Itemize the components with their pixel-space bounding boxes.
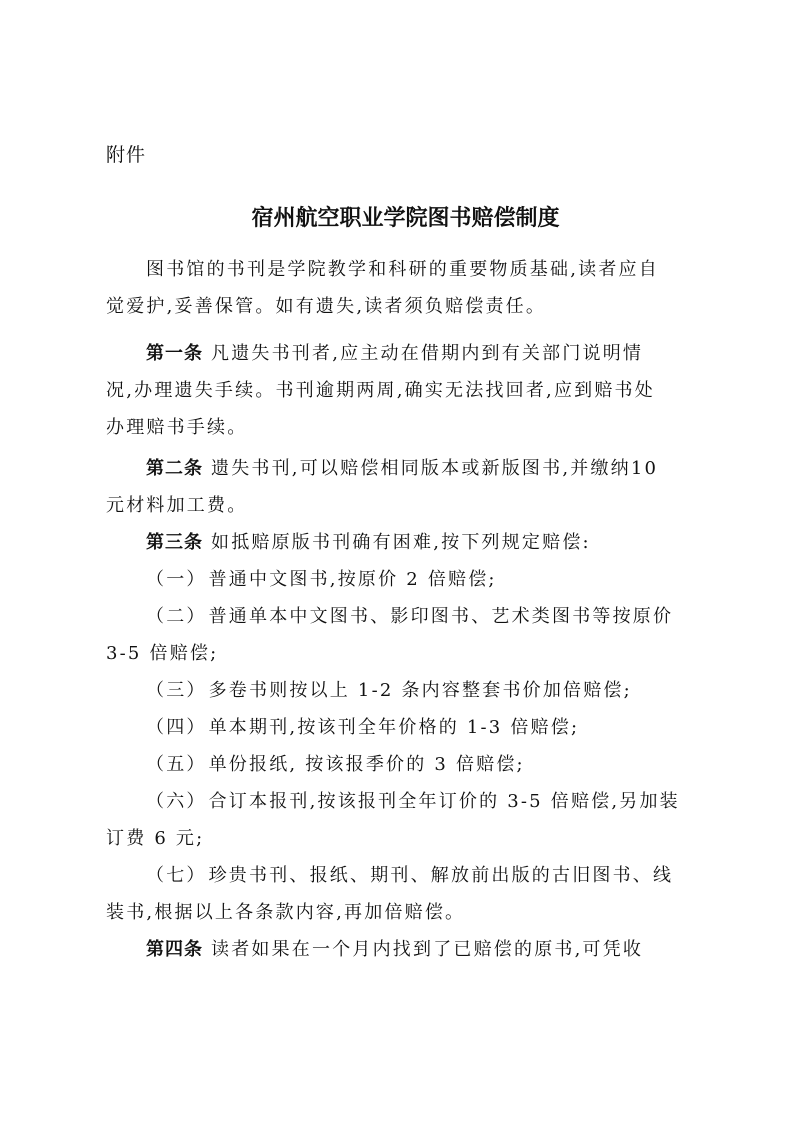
item-1-text: 普通中文图书,按原价 2 倍赔偿; <box>209 569 497 590</box>
intro-line-2: 觉爱护,妥善保管。如有遗失,读者须负赔偿责任。 <box>106 294 696 320</box>
article-3-line-1: 第三条如抵赔原版书刊确有困难,按下列规定赔偿: <box>146 530 696 556</box>
article-1-line-1: 第一条凡遗失书刊者,应主动在借期内到有关部门说明情 <box>146 341 696 367</box>
article-1-text-1: 凡遗失书刊者,应主动在借期内到有关部门说明情 <box>211 343 643 364</box>
item-2-number: （二） <box>146 606 207 627</box>
article-3-item-2: （二）普通单本中文图书、影印图书、艺术类图书等按原价 <box>146 604 696 630</box>
article-4-number: 第四条 <box>146 939 203 960</box>
item-5-number: （五） <box>146 754 207 775</box>
article-2-number: 第二条 <box>146 458 203 479</box>
attachment-label: 附件 <box>106 142 146 168</box>
item-1-number: （一） <box>146 569 207 590</box>
item-5-text: 单份报纸, 按该报季价的 3 倍赔偿; <box>209 754 525 775</box>
article-2-line-1: 第二条遗失书刊,可以赔偿相同版本或新版图书,并缴纳10 <box>146 456 696 482</box>
article-3-item-3: （三）多卷书则按以上 1-2 条内容整套书价加倍赔偿; <box>146 678 696 704</box>
item-2-text-1: 普通单本中文图书、影印图书、艺术类图书等按原价 <box>209 606 674 627</box>
item-2-text-2: 3-5 倍赔偿; <box>106 641 696 667</box>
article-1-line-2: 况,办理遗失手续。书刊逾期两周,确实无法找回者,应到赔书处 <box>106 378 696 404</box>
article-3-item-6: （六）合订本报刊,按该报刊全年订价的 3-5 倍赔偿,另加装 <box>146 789 696 815</box>
article-3-item-4: （四）单本期刊,按该刊全年价格的 1-3 倍赔偿; <box>146 715 696 741</box>
item-4-text: 单本期刊,按该刊全年价格的 1-3 倍赔偿; <box>209 717 580 738</box>
article-3-item-7: （七）珍贵书刊、报纸、期刊、解放前出版的古旧图书、线 <box>146 863 696 889</box>
article-4-text-1: 读者如果在一个月内找到了已赔偿的原书,可凭收 <box>211 939 643 960</box>
article-1-line-3: 办理赔书手续。 <box>106 415 696 441</box>
item-6-text-2: 订费 6 元; <box>106 826 696 852</box>
item-7-text-2: 装书,根据以上各条款内容,再加倍赔偿。 <box>106 900 696 926</box>
article-3-item-5: （五）单份报纸, 按该报季价的 3 倍赔偿; <box>146 752 696 778</box>
intro-line-1: 图书馆的书刊是学院教学和科研的重要物质基础,读者应自 <box>146 257 696 283</box>
article-3-text-1: 如抵赔原版书刊确有困难,按下列规定赔偿: <box>211 532 591 553</box>
article-3-item-1: （一）普通中文图书,按原价 2 倍赔偿; <box>146 567 696 593</box>
item-7-number: （七） <box>146 865 207 886</box>
article-1-number: 第一条 <box>146 343 203 364</box>
document-title: 宿州航空职业学院图书赔偿制度 <box>0 203 793 233</box>
item-3-number: （三） <box>146 680 207 701</box>
item-7-text-1: 珍贵书刊、报纸、期刊、解放前出版的古旧图书、线 <box>209 865 674 886</box>
article-2-line-2: 元材料加工费。 <box>106 493 696 519</box>
item-4-number: （四） <box>146 717 207 738</box>
article-2-text-1: 遗失书刊,可以赔偿相同版本或新版图书,并缴纳10 <box>211 458 658 479</box>
document-page: 附件 宿州航空职业学院图书赔偿制度 图书馆的书刊是学院教学和科研的重要物质基础,… <box>0 0 793 1122</box>
article-4-line-1: 第四条读者如果在一个月内找到了已赔偿的原书,可凭收 <box>146 937 696 963</box>
article-3-number: 第三条 <box>146 532 203 553</box>
item-6-text-1: 合订本报刊,按该报刊全年订价的 3-5 倍赔偿,另加装 <box>209 791 680 812</box>
item-3-text: 多卷书则按以上 1-2 条内容整套书价加倍赔偿; <box>209 680 632 701</box>
item-6-number: （六） <box>146 791 207 812</box>
